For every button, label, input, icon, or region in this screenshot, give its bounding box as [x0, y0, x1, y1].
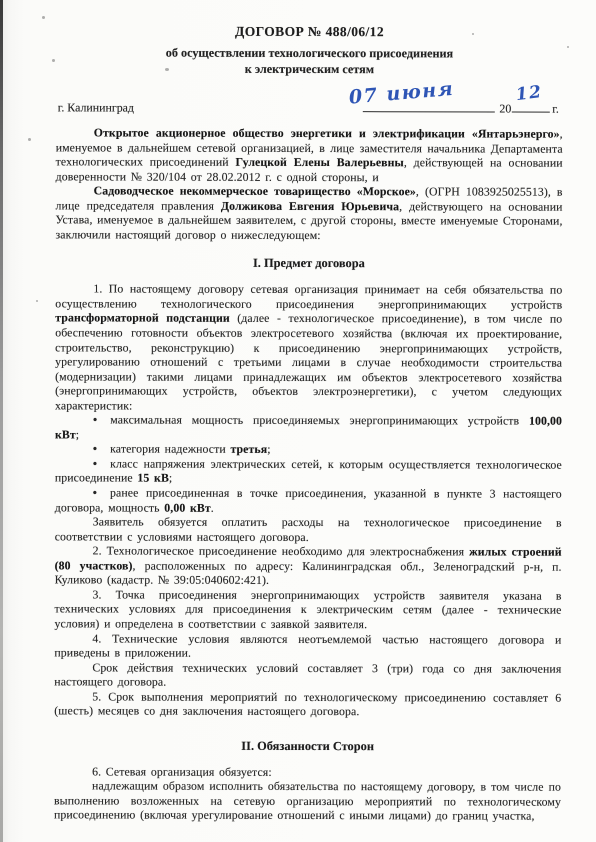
clause-3-paragraph: 3. Точка присоединения энергопринимающих…: [54, 587, 561, 632]
bullet-item-voltage-class: •класс напряжения электрических сетей, к…: [55, 456, 562, 486]
bullet-2-text: категория надежности: [110, 442, 230, 456]
scan-speck: [52, 59, 55, 62]
clause-4-paragraph: 4. Технические условия являются неотъемл…: [54, 631, 561, 661]
preamble-paragraph-2: Садоводческое некоммерческое товариществ…: [55, 184, 562, 244]
scan-speck: [28, 138, 31, 141]
section-1-heading: I. Предмет договора: [55, 256, 562, 272]
year-prefix: 20: [499, 101, 511, 115]
party-2-name: Садоводческое некоммерческое товариществ…: [94, 184, 416, 199]
payment-obligation-paragraph: Заявитель обязуется оплатить расходы на …: [55, 514, 562, 544]
party-1-representative: Гулецкой Елены Валерьевны: [235, 155, 403, 169]
bullet-4-text: ранее присоединенная в точке присоединен…: [55, 486, 562, 515]
preamble-paragraph-1: Открытое акционерное общество энергетики…: [56, 125, 563, 185]
scanned-contract-page: ДОГОВОР № 488/06/12 об осуществлении тех…: [0, 0, 596, 842]
section-2-heading: II. Обязанности Сторон: [54, 738, 561, 754]
handwritten-year: 12: [514, 82, 543, 105]
clause-4-validity-paragraph: Срок действия технических условий состав…: [54, 660, 561, 690]
bullet-4-tail: .: [211, 500, 214, 514]
bullet-3-value: 15 кВ: [137, 471, 169, 485]
clause-1-text-1: 1. По настоящему договору сетевая органи…: [55, 282, 562, 312]
place-date-row: г. Калининград 07 июня 2012 г.: [56, 98, 563, 116]
bullet-icon: •: [93, 442, 97, 456]
party-2-representative: Должикова Евгения Юрьевича: [221, 199, 399, 213]
contract-title: ДОГОВОР № 488/06/12: [56, 23, 563, 40]
date-field: 07 июня 2012 г.: [362, 99, 562, 117]
contract-subtitle-line1: об осуществлении технологического присое…: [56, 45, 563, 62]
bullet-item-reliability: •категория надежности третья;: [55, 442, 562, 458]
bullet-1-tail: ;: [76, 427, 79, 441]
bullet-2-value: третья: [230, 442, 267, 456]
bullet-3-text: класс напряжения электрических сетей, к …: [55, 456, 562, 485]
clause-1-bold: трансформаторной подстанции: [55, 311, 230, 325]
scan-speck: [42, 16, 45, 19]
bullet-2-tail: ;: [267, 442, 270, 456]
scan-speck: [567, 46, 569, 48]
clause-6-intro-paragraph: 6. Сетевая организация обязуется:: [54, 764, 561, 780]
contract-subtitle-line2: к электрическим сетям: [56, 61, 563, 78]
clause-5-paragraph: 5. Срок выполнения мероприятий по технол…: [54, 689, 561, 719]
clause-1-paragraph: 1. По настоящему договору сетевая органи…: [55, 282, 562, 414]
year-suffix: г.: [552, 102, 559, 116]
city-label: г. Калининград: [56, 100, 134, 115]
scan-edge-artifact: [0, 0, 3, 842]
clause-2-paragraph: 2. Технологическое присоединение необход…: [55, 544, 562, 589]
clause-1-text-2: (далее - технологическое присоединение),…: [55, 311, 562, 412]
clause-6-text-paragraph: надлежащим образом исполнить обязательст…: [54, 779, 561, 824]
bullet-3-tail: ;: [169, 471, 172, 485]
document-content: ДОГОВОР № 488/06/12 об осуществлении тех…: [54, 19, 563, 823]
bullet-4-value: 0,00 кВт: [164, 500, 211, 514]
bullet-icon: •: [93, 456, 97, 470]
bullet-item-max-power: •максимальная мощность присоединяемых эн…: [55, 413, 562, 443]
bullet-item-prior-power: •ранее присоединенная в точке присоедине…: [55, 485, 562, 515]
year-underline: 12: [511, 100, 549, 113]
scan-speck: [36, 300, 38, 302]
bullet-icon: •: [93, 485, 97, 499]
party-1-name: Открытое акционерное общество энергетики…: [94, 125, 560, 140]
clause-2-text-1: 2. Технологическое присоединение необход…: [93, 544, 469, 559]
bullet-icon: •: [93, 413, 97, 427]
bullet-1-text: максимальная мощность присоединяемых эне…: [110, 413, 529, 428]
